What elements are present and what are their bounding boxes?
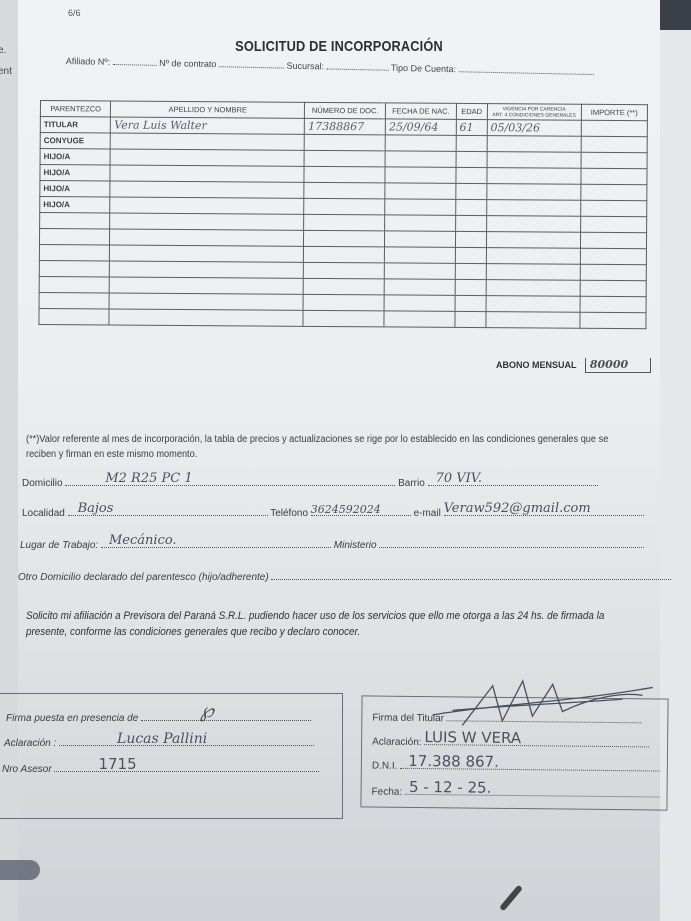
background-fragment: ent <box>0 66 12 77</box>
cell-nombre[interactable] <box>110 181 304 198</box>
otro-domicilio-label: Otro Domicilio declarado del parentesco … <box>18 572 269 583</box>
ministerio-label: Ministerio <box>334 540 377 551</box>
cell-vigencia[interactable] <box>486 200 580 217</box>
cell-parentezco <box>39 276 110 292</box>
localidad-field[interactable]: Bajos <box>68 506 268 516</box>
cell-parentezco: TITULAR <box>40 117 111 133</box>
cell-fecha-nac[interactable] <box>385 151 456 167</box>
tipo-cuenta-field[interactable] <box>459 62 594 75</box>
domicilio-row: Domicilio M2 R25 PC 1 Barrio 70 VIV. <box>22 476 598 489</box>
col-doc: NÚMERO DE DOC. <box>305 102 386 119</box>
cell-doc[interactable] <box>303 278 384 295</box>
table-body: TITULARVera Luis Walter1738886725/09/646… <box>39 117 647 329</box>
cell-edad[interactable] <box>455 311 486 327</box>
cell-fecha-nac[interactable] <box>384 263 455 279</box>
ministerio-field[interactable] <box>379 538 644 548</box>
cell-importe[interactable] <box>581 152 648 168</box>
cell-importe[interactable] <box>580 216 647 232</box>
cell-fecha-nac[interactable] <box>385 167 456 183</box>
barrio-label: Barrio <box>398 478 425 489</box>
abono-value[interactable]: 80000 <box>585 358 651 373</box>
cell-parentezco <box>39 229 110 245</box>
form-title: SOLICITUD DE INCORPORACIÓN <box>66 38 612 55</box>
cell-parentezco: HIJO/A <box>40 197 111 213</box>
contrato-field[interactable] <box>219 57 284 68</box>
cell-nombre[interactable] <box>110 245 304 262</box>
table-row <box>39 308 646 328</box>
email-value: Veraw592@gmail.com <box>444 501 591 516</box>
aclaracion-asesor-label: Aclaración : <box>4 738 56 749</box>
cell-edad[interactable] <box>455 231 486 247</box>
contrato-label: Nº de contrato <box>159 58 217 69</box>
aclaracion-asesor-row: Aclaración : Lucas Pallini <box>4 736 314 749</box>
aclaracion-asesor-field[interactable]: Lucas Pallini <box>59 736 314 746</box>
cell-vigencia[interactable] <box>486 216 580 233</box>
barrio-value: 70 VIV. <box>436 471 482 486</box>
fecha-field[interactable]: 5 - 12 - 25. <box>405 785 660 798</box>
cell-doc[interactable] <box>303 310 384 327</box>
cell-importe[interactable] <box>580 184 647 200</box>
sucursal-field[interactable] <box>326 59 388 70</box>
nro-asesor-value: 1715 <box>98 755 136 773</box>
cell-importe[interactable] <box>580 264 647 280</box>
cell-doc[interactable] <box>304 198 385 215</box>
cell-vigencia[interactable] <box>487 168 581 185</box>
cell-parentezco: CONYUGE <box>40 133 111 149</box>
cell-nombre[interactable] <box>110 213 304 230</box>
cell-fecha-nac[interactable] <box>385 183 456 199</box>
cell-vigencia[interactable] <box>486 248 580 265</box>
abono-mensual: ABONO MENSUAL 80000 <box>496 358 651 373</box>
cell-doc[interactable] <box>304 262 385 279</box>
cell-fecha-nac[interactable] <box>384 295 455 311</box>
lugar-trabajo-value: Mecánico. <box>109 533 177 548</box>
col-fecha-nac: FECHA DE NAC. <box>386 103 457 119</box>
barrio-field[interactable]: 70 VIV. <box>428 476 598 486</box>
cell-parentezco <box>39 308 110 324</box>
dni-field[interactable]: 17.388 867. <box>400 759 660 772</box>
cell-vigencia[interactable] <box>487 184 581 201</box>
abono-label: ABONO MENSUAL <box>496 360 576 370</box>
cell-importe[interactable] <box>581 136 648 152</box>
col-importe: IMPORTE (**) <box>581 104 648 120</box>
cell-parentezco <box>39 292 110 308</box>
cell-fecha-nac[interactable]: 25/09/64 <box>385 119 456 135</box>
cell-fecha-nac[interactable] <box>385 247 456 263</box>
cell-nombre[interactable] <box>110 277 304 294</box>
localidad-value: Bajos <box>78 501 114 516</box>
cell-parentezco <box>39 244 110 260</box>
dni-value: 17.388 867. <box>408 752 499 771</box>
cell-edad[interactable] <box>456 167 487 183</box>
domicilio-field[interactable]: M2 R25 PC 1 <box>65 476 395 486</box>
cell-vigencia[interactable]: 05/03/26 <box>487 120 581 137</box>
col-vigencia-sub: ART. 4 CONDICIONES GENERALES <box>492 112 576 119</box>
cell-parentezco <box>39 260 110 276</box>
firma-asesor-row: Firma puesta en presencia de <box>6 711 311 724</box>
tipo-cuenta-label: Tipo De Cuenta: <box>391 63 456 74</box>
cell-nombre[interactable] <box>109 309 303 326</box>
cell-importe[interactable] <box>581 168 648 184</box>
cell-edad[interactable] <box>455 295 486 311</box>
cell-nombre[interactable] <box>111 149 305 166</box>
cell-fecha-nac[interactable] <box>384 279 455 295</box>
aclaracion-titular-field[interactable]: LUIS W VERA <box>424 735 649 747</box>
cell-edad[interactable] <box>456 135 487 151</box>
col-parentezco: PARENTEZCO <box>40 101 111 117</box>
cell-importe[interactable] <box>580 248 647 264</box>
cell-nombre[interactable] <box>110 229 304 246</box>
dni-label: D.N.I. <box>372 761 398 772</box>
cell-fecha-nac[interactable] <box>385 215 456 231</box>
telefono-label: Teléfono <box>270 508 308 519</box>
domicilio-label: Domicilio <box>22 478 63 489</box>
cell-doc[interactable] <box>304 150 385 167</box>
telefono-value: 3624592024 <box>311 503 381 516</box>
afiliado-label: Afiliado Nº: <box>66 56 111 67</box>
cell-importe[interactable] <box>580 296 647 312</box>
nro-asesor-label: Nro Asesor <box>2 764 52 775</box>
otro-domicilio-field[interactable] <box>271 570 671 580</box>
cell-nombre[interactable] <box>110 293 304 310</box>
cell-parentezco: HIJO/A <box>40 181 111 197</box>
localidad-label: Localidad <box>22 508 65 519</box>
col-nombre: APELLIDO Y NOMBRE <box>111 101 305 118</box>
firma-asesor-label: Firma puesta en presencia de <box>6 713 138 724</box>
form-page: 6/6 SOLICITUD DE INCORPORACIÓN Afiliado … <box>18 0 660 921</box>
nro-asesor-row: Nro Asesor 1715 <box>2 762 319 775</box>
cell-parentezco <box>40 213 111 229</box>
lugar-trabajo-row: Lugar de Trabajo: Mecánico. Ministerio <box>20 538 644 551</box>
localidad-row: Localidad Bajos Teléfono 3624592024 e-ma… <box>22 506 644 519</box>
cell-vigencia[interactable] <box>486 296 580 313</box>
lugar-trabajo-field[interactable]: Mecánico. <box>101 538 331 548</box>
fecha-row: Fecha: 5 - 12 - 25. <box>372 785 660 801</box>
cell-importe[interactable] <box>581 120 648 136</box>
cell-nombre[interactable] <box>111 133 305 150</box>
cell-vigencia[interactable] <box>487 152 581 169</box>
aclaracion-titular-row: Aclaración: LUIS W VERA <box>372 735 649 751</box>
cell-doc[interactable] <box>304 166 385 183</box>
email-field[interactable]: Veraw592@gmail.com <box>444 506 644 516</box>
solicito-statement: Solicito mi afiliación a Previsora del P… <box>26 608 638 640</box>
cell-fecha-nac[interactable] <box>384 311 455 327</box>
cell-doc[interactable] <box>304 246 385 263</box>
cell-parentezco: HIJO/A <box>40 165 111 181</box>
nro-asesor-field[interactable]: 1715 <box>54 762 319 772</box>
cell-vigencia[interactable] <box>486 312 580 329</box>
firma-asesor-field[interactable] <box>141 711 311 721</box>
cell-nombre[interactable] <box>110 261 304 278</box>
members-table: PARENTEZCO APELLIDO Y NOMBRE NÚMERO DE D… <box>38 100 648 329</box>
fecha-value: 5 - 12 - 25. <box>409 778 492 797</box>
finger-shadow <box>0 860 40 880</box>
cell-doc[interactable] <box>304 182 385 199</box>
col-vigencia: VIGENCIA POR CARENCIA ART. 4 CONDICIONES… <box>487 104 581 121</box>
cell-nombre[interactable]: Vera Luis Walter <box>111 117 305 134</box>
aclaracion-titular-label: Aclaración: <box>372 737 422 749</box>
cell-parentezco: HIJO/A <box>40 149 111 165</box>
cell-doc[interactable]: 17388867 <box>305 118 386 135</box>
lugar-trabajo-label: Lugar de Trabajo: <box>20 540 98 551</box>
price-note: (**)Valor referente al mes de incorporac… <box>26 432 615 462</box>
otro-domicilio-row: Otro Domicilio declarado del parentesco … <box>18 570 671 583</box>
cell-doc[interactable] <box>303 294 384 311</box>
header-fields: Afiliado Nº: Nº de contrato Sucursal: Ti… <box>66 54 594 77</box>
cell-doc[interactable] <box>304 214 385 231</box>
cell-importe[interactable] <box>580 200 647 216</box>
pen-tip <box>499 885 523 912</box>
dni-row: D.N.I. 17.388 867. <box>372 759 660 775</box>
cell-edad[interactable] <box>455 247 486 263</box>
cell-vigencia[interactable] <box>487 136 581 153</box>
aclaracion-titular-value: LUIS W VERA <box>424 728 521 747</box>
page-number: 6/6 <box>68 8 81 18</box>
cell-doc[interactable] <box>304 134 385 151</box>
background-fragment: e. <box>0 45 6 56</box>
cell-edad[interactable]: 61 <box>456 119 487 135</box>
col-edad: EDAD <box>456 103 487 119</box>
cell-nombre[interactable] <box>110 197 304 214</box>
cell-edad[interactable] <box>455 263 486 279</box>
cell-importe[interactable] <box>580 280 647 296</box>
email-label: e-mail <box>414 508 441 519</box>
cell-edad[interactable] <box>455 183 486 199</box>
cell-fecha-nac[interactable] <box>385 199 456 215</box>
cell-edad[interactable] <box>455 215 486 231</box>
cell-vigencia[interactable] <box>486 280 580 297</box>
cell-edad[interactable] <box>455 199 486 215</box>
cell-edad[interactable] <box>456 151 487 167</box>
cell-edad[interactable] <box>455 279 486 295</box>
telefono-field[interactable]: 3624592024 <box>311 506 411 516</box>
asesor-signature-scrawl: ℘ <box>200 698 214 722</box>
cell-importe[interactable] <box>580 232 647 248</box>
fecha-label: Fecha: <box>372 787 403 798</box>
domicilio-value: M2 R25 PC 1 <box>105 471 192 486</box>
cell-vigencia[interactable] <box>486 264 580 281</box>
titular-signature-box: Firma del Titular Aclaración: LUIS W VER… <box>360 695 668 810</box>
cell-vigencia[interactable] <box>486 232 580 249</box>
cell-fecha-nac[interactable] <box>385 135 456 151</box>
cell-nombre[interactable] <box>110 165 304 182</box>
aclaracion-asesor-value: Lucas Pallini <box>117 731 207 747</box>
sucursal-label: Sucursal: <box>286 61 324 72</box>
cell-importe[interactable] <box>580 312 647 328</box>
afiliado-field[interactable] <box>113 55 157 66</box>
asesor-signature-box: Firma puesta en presencia de ℘ Aclaració… <box>0 693 343 819</box>
cell-doc[interactable] <box>304 230 385 247</box>
cell-fecha-nac[interactable] <box>385 231 456 247</box>
